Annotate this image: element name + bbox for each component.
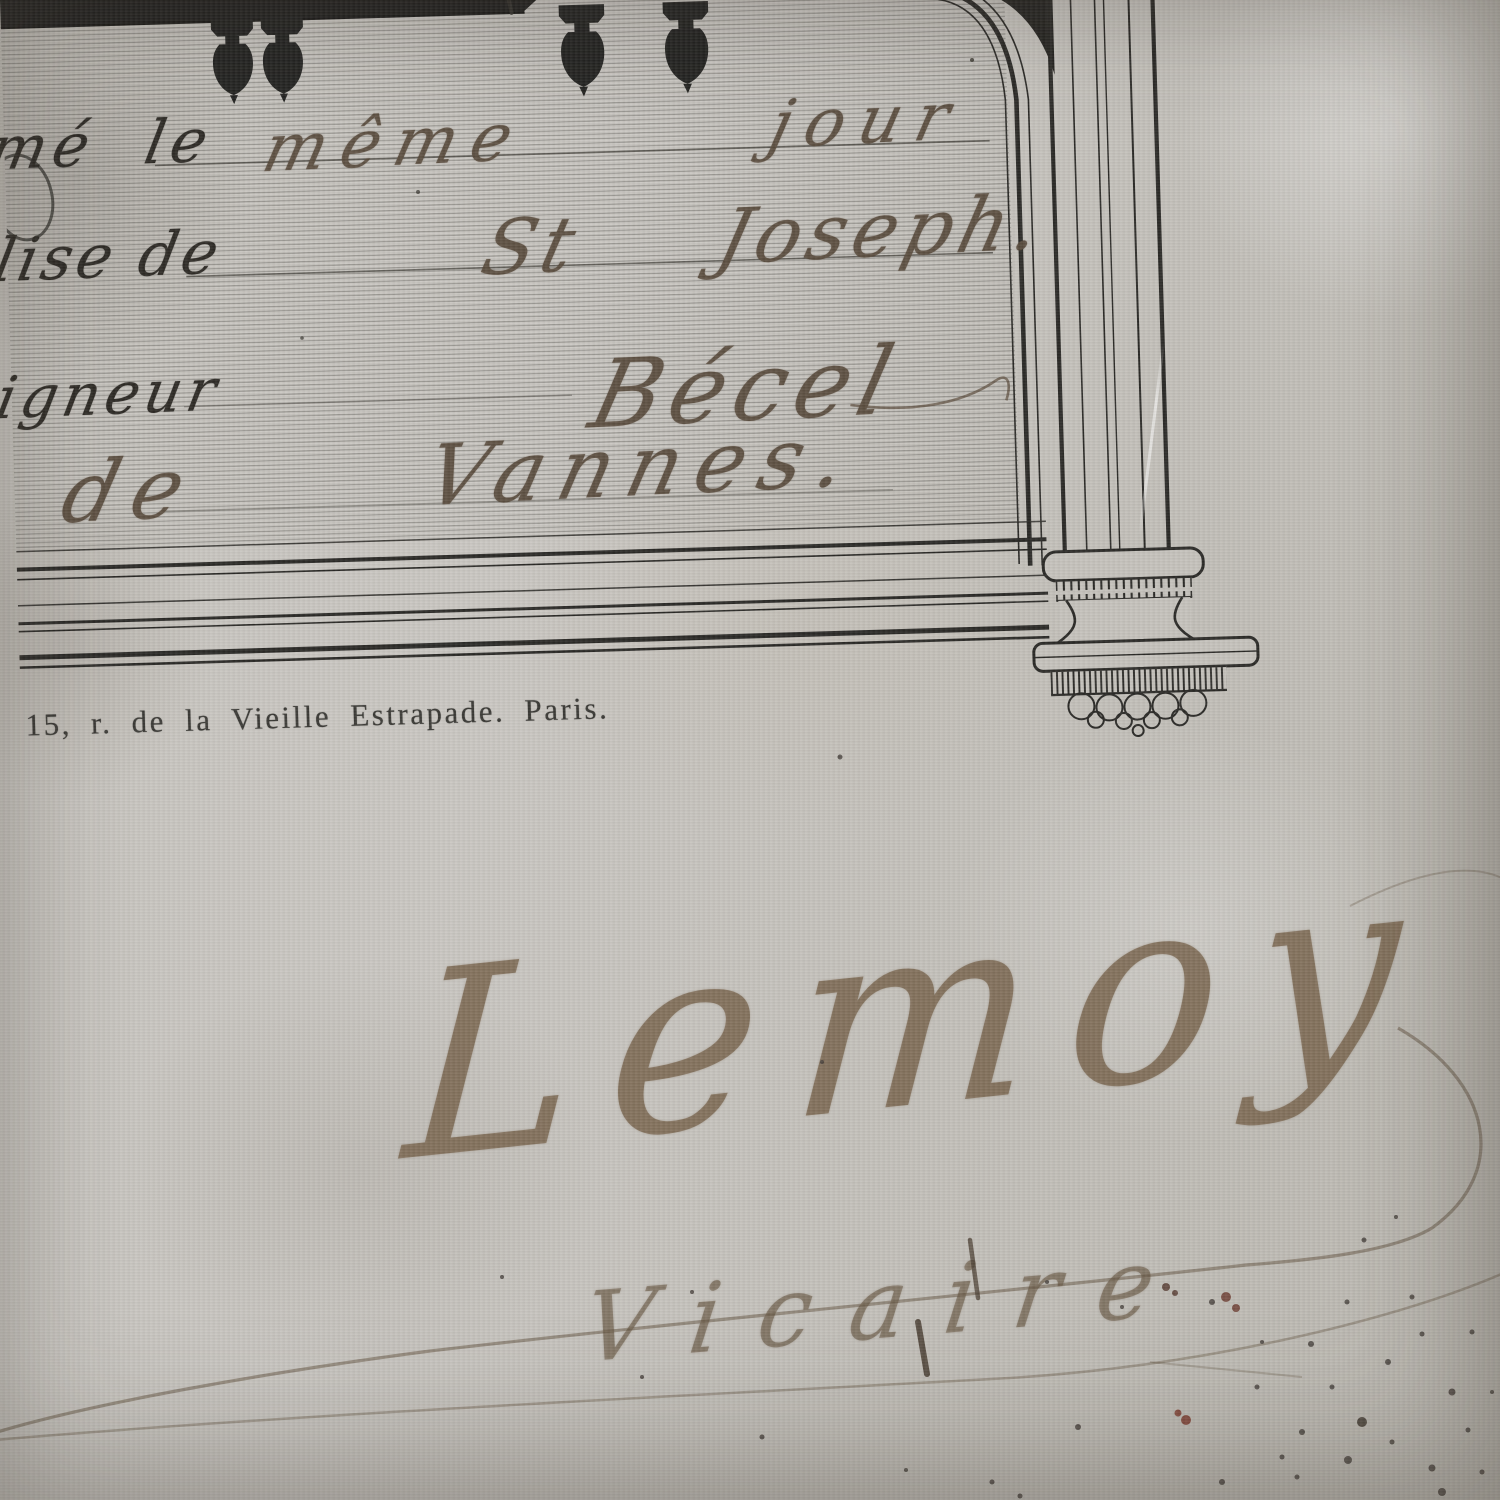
printed-register-fragment-1: mé le <box>0 111 218 180</box>
scalloped-foot <box>1068 690 1207 739</box>
printed-register-fragment-3: igneur <box>0 360 226 427</box>
signature-name: Lemoy <box>399 833 1441 1199</box>
column-base <box>1031 546 1260 739</box>
engraved-certificate-fragment: mé le lise de igneur même jour St Joseph… <box>0 0 1500 820</box>
flourish-faint-segment <box>1150 1362 1302 1377</box>
signature-title: Vicaire <box>579 1232 1199 1377</box>
printed-register-fragment-2: lise de <box>0 222 227 291</box>
column-shaft <box>1047 0 1169 552</box>
photographed-certificate-document: mé le lise de igneur même jour St Joseph… <box>0 0 1500 1500</box>
